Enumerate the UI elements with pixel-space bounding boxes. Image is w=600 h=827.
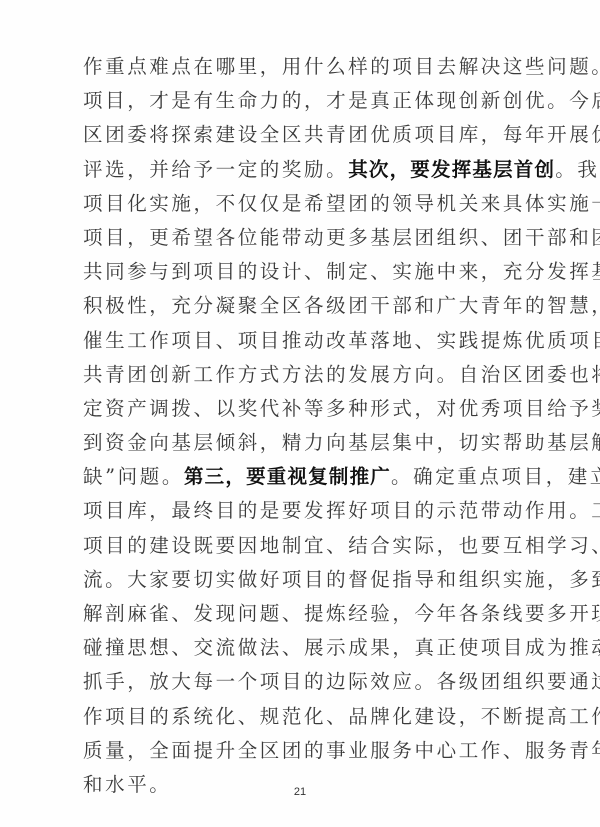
text-line: 共青团创新工作方式方法的发展方向。自治区团委也将通过固 [83,358,539,392]
text-segment: 项目化实施，不仅仅是希望团的领导机关来具体实施一批优质 [83,192,600,215]
text-segment: 解剖麻雀、发现问题、提炼经验，今年各条线要多开现场会来 [83,602,600,625]
bold-heading-text: 其次，要发挥基层首创 [348,158,555,181]
text-line: 项目库，最终目的是要发挥好项目的示范带动作用。工作活动 [83,494,539,528]
text-line: 流。大家要切实做好项目的督促指导和组织实施，多到基层去 [83,563,539,597]
page-number: 21 [0,786,600,798]
text-line: 解剖麻雀、发现问题、提炼经验，今年各条线要多开现场会来 [83,597,539,631]
text-segment: 作项目的系统化、规范化、品牌化建设，不断提高工作项目的 [83,705,600,728]
text-line: 项目，更希望各位能带动更多基层团组织、团干部和团员青年 [83,221,539,255]
text-line: 评选，并给予一定的奖励。其次，要发挥基层首创。我们推进 [83,153,539,187]
text-line: 积极性，充分凝聚全区各级团干部和广大青年的智慧，使改革 [83,289,539,323]
text-line: 作项目的系统化、规范化、品牌化建设，不断提高工作项目的 [83,700,539,734]
text-segment: 区团委将探索建设全区共青团优质项目库，每年开展优秀项目 [83,123,600,146]
text-segment: 项目，更希望各位能带动更多基层团组织、团干部和团员青年 [83,226,600,249]
text-segment: 到资金向基层倾斜，精力向基层集中，切实帮助基层解决“四 [83,431,600,454]
text-line: 项目的建设既要因地制宜、结合实际，也要互相学习、广泛交 [83,529,539,563]
text-segment: 项目的建设既要因地制宜、结合实际，也要互相学习、广泛交 [83,534,600,557]
text-segment: 缺”问题。 [83,465,184,488]
text-line: 缺”问题。第三，要重视复制推广。确定重点项目，建立优质 [83,460,539,494]
text-line: 碰撞思想、交流做法、展示成果，真正使项目成为推动改革的 [83,631,539,665]
text-segment: 作重点难点在哪里，用什么样的项目去解决这些问题。这样的 [83,55,600,78]
text-line: 质量，全面提升全区团的事业服务中心工作、服务青年的能力 [83,734,539,768]
text-segment: 项目库，最终目的是要发挥好项目的示范带动作用。工作活动 [83,499,600,522]
text-segment: 质量，全面提升全区团的事业服务中心工作、服务青年的能力 [83,739,600,762]
text-line: 抓手，放大每一个项目的边际效应。各级团组织要通过各类工 [83,665,539,699]
text-segment: 共青团创新工作方式方法的发展方向。自治区团委也将通过固 [83,363,600,386]
text-segment: 。我们推进 [555,158,600,181]
text-line: 共同参与到项目的设计、制定、实施中来，充分发挥基层首创 [83,255,539,289]
text-line: 到资金向基层倾斜，精力向基层集中，切实帮助基层解决“四 [83,426,539,460]
text-line: 项目，才是有生命力的，才是真正体现创新创优。今后，自治 [83,84,539,118]
document-page: 作重点难点在哪里，用什么样的项目去解决这些问题。这样的项目，才是有生命力的，才是… [0,0,600,827]
text-segment: 碰撞思想、交流做法、展示成果，真正使项目成为推动改革的 [83,636,600,659]
body-paragraph: 作重点难点在哪里，用什么样的项目去解决这些问题。这样的项目，才是有生命力的，才是… [83,50,539,802]
text-segment: 定资产调拨、以奖代补等多种形式，对优秀项目给予奖励，做 [83,397,600,420]
text-segment: 评选，并给予一定的奖励。 [83,158,348,181]
text-segment: 流。大家要切实做好项目的督促指导和组织实施，多到基层去 [83,568,600,591]
text-segment: 催生工作项目、项目推动改革落地、实践提炼优质项目，成为 [83,329,600,352]
text-line: 区团委将探索建设全区共青团优质项目库，每年开展优秀项目 [83,118,539,152]
text-line: 催生工作项目、项目推动改革落地、实践提炼优质项目，成为 [83,324,539,358]
text-segment: 积极性，充分凝聚全区各级团干部和广大青年的智慧，使改革 [83,294,600,317]
text-line: 定资产调拨、以奖代补等多种形式，对优秀项目给予奖励，做 [83,392,539,426]
text-line: 作重点难点在哪里，用什么样的项目去解决这些问题。这样的 [83,50,539,84]
text-segment: 。确定重点项目，建立优质 [391,465,600,488]
text-segment: 抓手，放大每一个项目的边际效应。各级团组织要通过各类工 [83,670,600,693]
text-line: 项目化实施，不仅仅是希望团的领导机关来具体实施一批优质 [83,187,539,221]
text-segment: 共同参与到项目的设计、制定、实施中来，充分发挥基层首创 [83,260,600,283]
text-segment: 项目，才是有生命力的，才是真正体现创新创优。今后，自治 [83,89,600,112]
bold-heading-text: 第三，要重视复制推广 [184,465,391,488]
